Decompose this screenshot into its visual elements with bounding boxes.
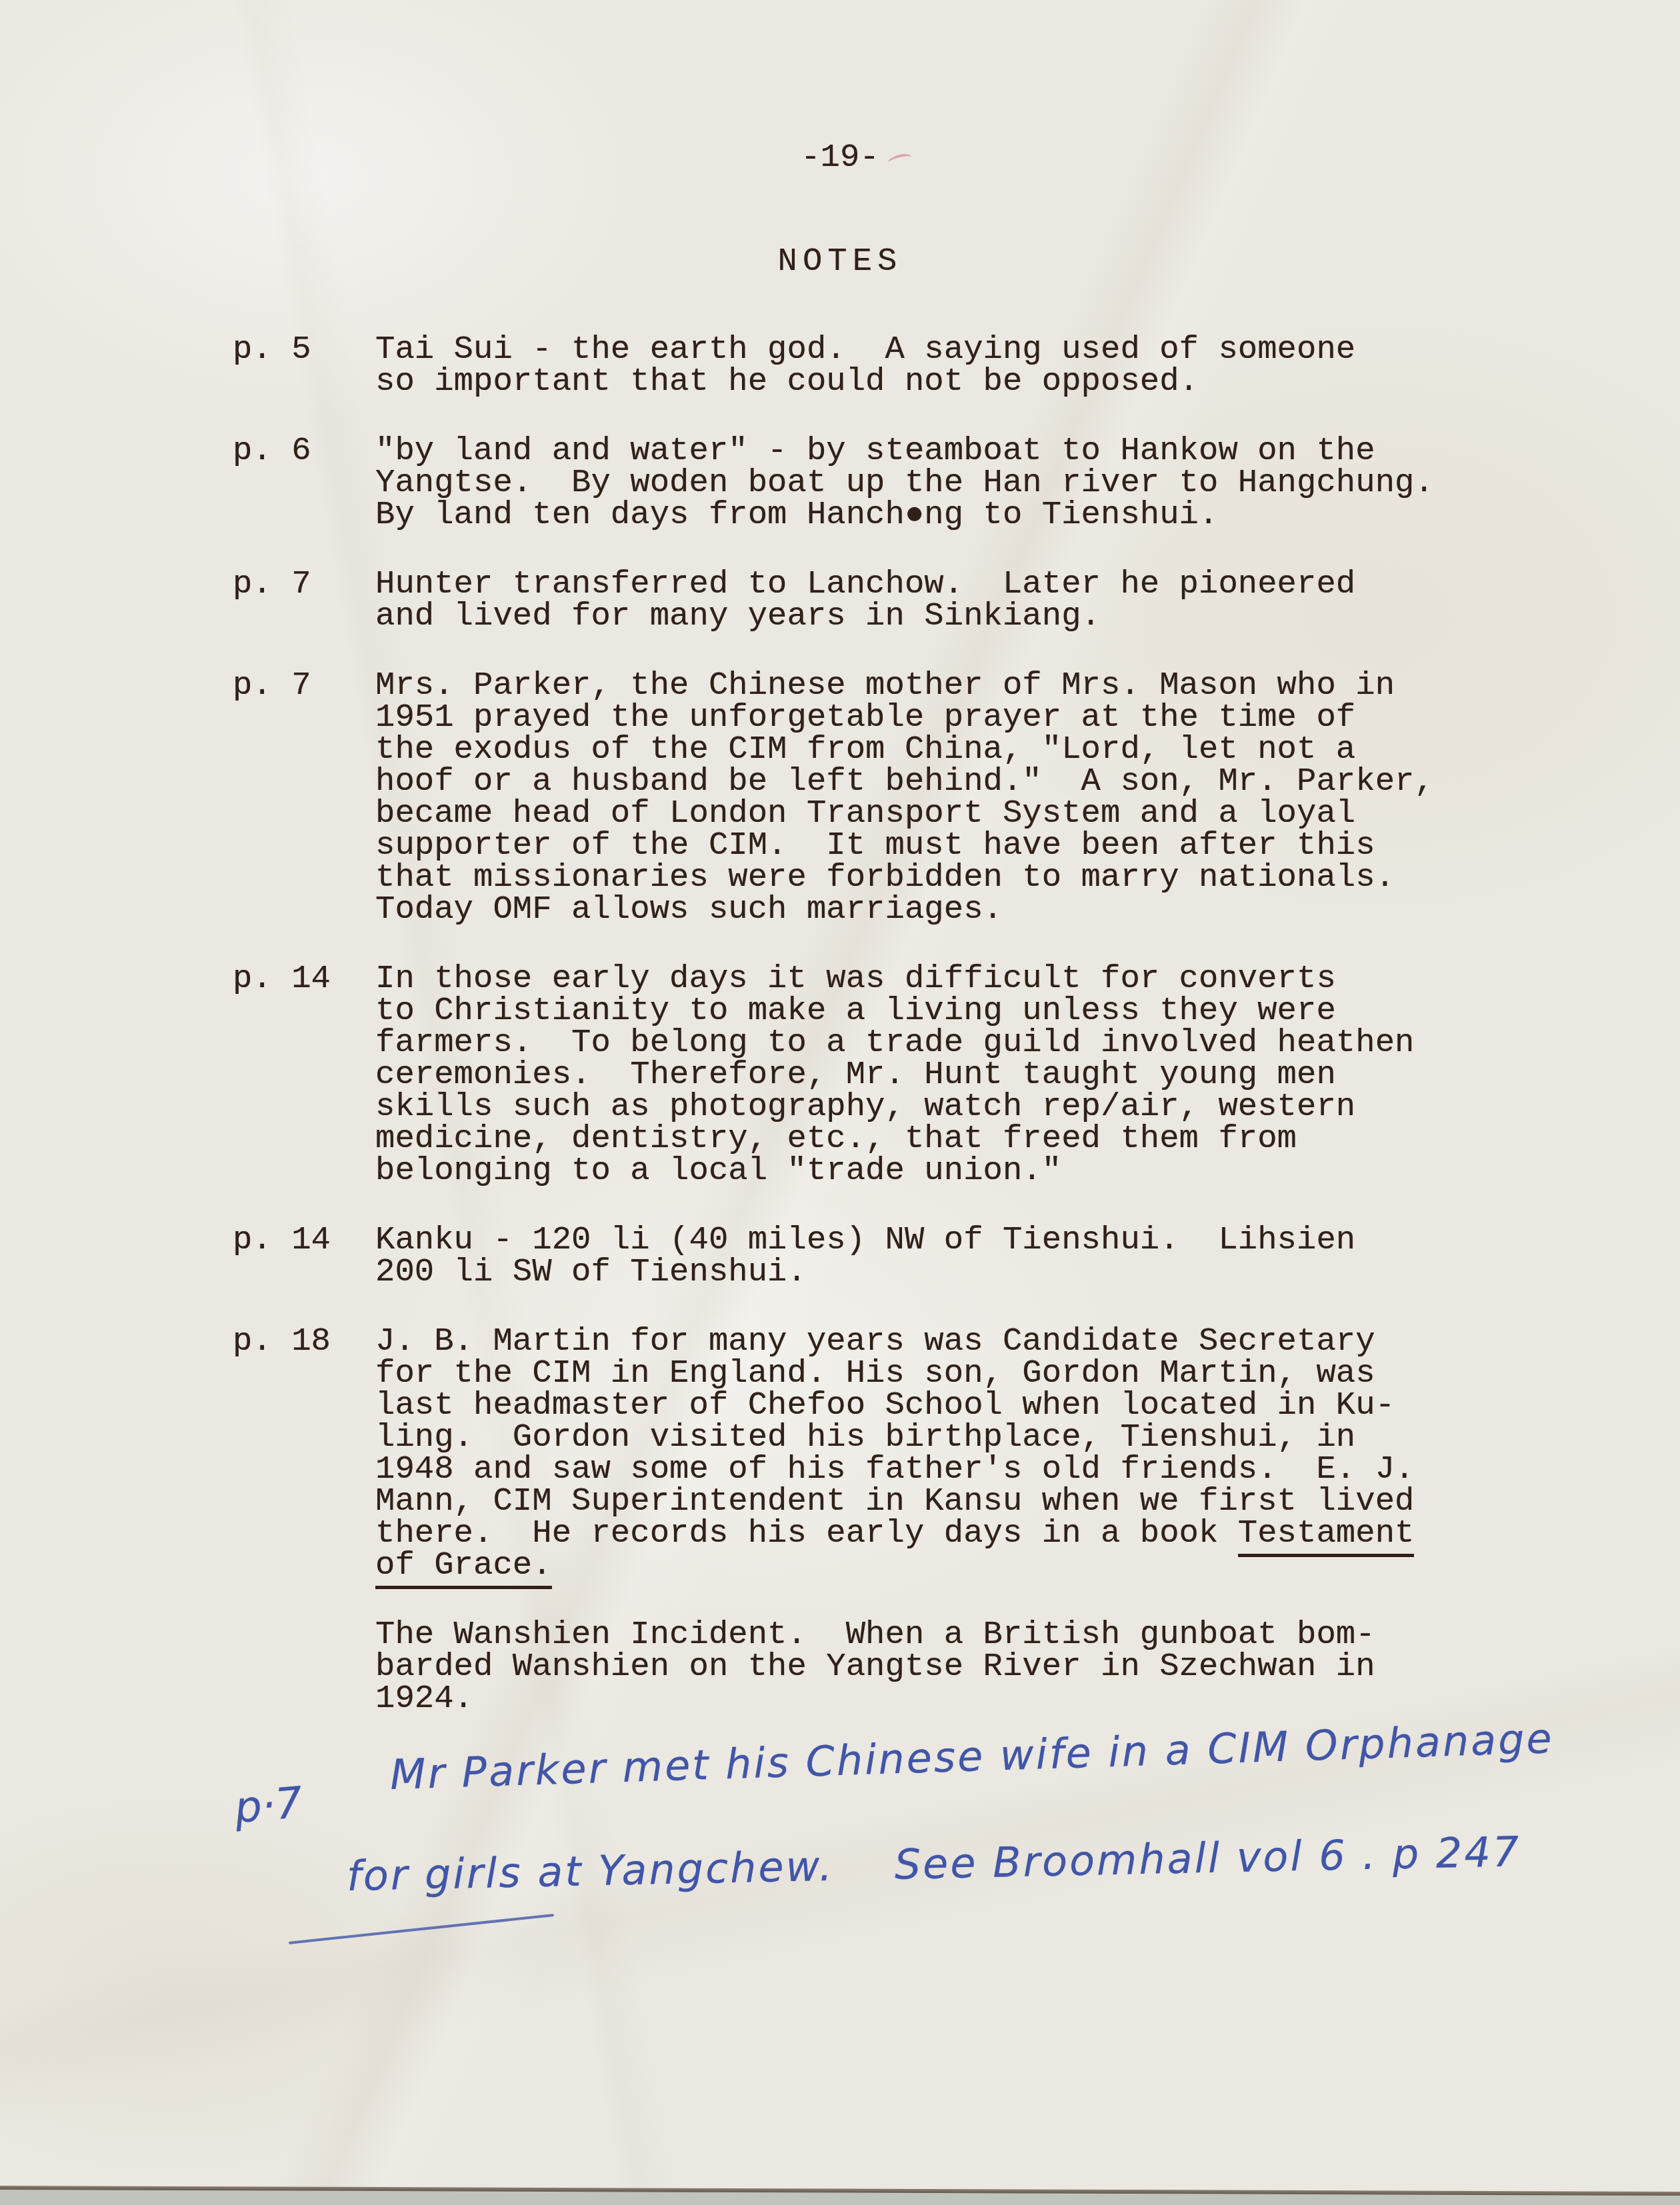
handwritten-page-ref: p·7 <box>233 1778 305 1834</box>
handwritten-line-2: for girls at Yangchew. See Broomhall vol… <box>346 1827 1521 1900</box>
page-ref: p. 7 <box>233 568 375 632</box>
note-text: Kanku - 120 li (40 miles) NW of Tienshui… <box>375 1224 1486 1288</box>
note-text: Hunter transferred to Lanchow. Later he … <box>375 568 1486 632</box>
note-entry: p. 14 Kanku - 120 li (40 miles) NW of Ti… <box>233 1224 1486 1288</box>
note-entry: p. 5 Tai Sui - the earth god. A saying u… <box>233 333 1486 397</box>
notes-list: p. 5 Tai Sui - the earth god. A saying u… <box>233 333 1486 1752</box>
note-text: J. B. Martin for many years was Candidat… <box>375 1325 1486 1581</box>
page-ref: p. 5 <box>233 333 375 397</box>
page-title: NOTES <box>0 245 1680 277</box>
note-entry: p. 6 "by land and water" - by steamboat … <box>233 435 1486 531</box>
document-page: -19- NOTES p. 5 Tai Sui - the earth god.… <box>0 0 1680 2205</box>
note-entry: p. 7 Mrs. Parker, the Chinese mother of … <box>233 669 1486 925</box>
page-number: -19- <box>0 141 1680 173</box>
underlined-book-title: Testament <box>1238 1514 1415 1557</box>
note-entry: p. 7 Hunter transferred to Lanchow. Late… <box>233 568 1486 632</box>
page-ref: p. 14 <box>233 963 375 1186</box>
page-ref: p. 14 <box>233 1224 375 1288</box>
note-entry: p. 18 J. B. Martin for many years was Ca… <box>233 1325 1486 1581</box>
note-text: Mrs. Parker, the Chinese mother of Mrs. … <box>375 669 1486 925</box>
pen-flourish-stroke <box>289 1914 554 1944</box>
page-ref: p. 7 <box>233 669 375 925</box>
note-entry: The Wanshien Incident. When a British gu… <box>233 1618 1486 1714</box>
note-text: Tai Sui - the earth god. A saying used o… <box>375 333 1486 397</box>
page-ref: p. 6 <box>233 435 375 531</box>
page-ref: p. 18 <box>233 1325 375 1581</box>
note-text: "by land and water" - by steamboat to Ha… <box>375 435 1486 531</box>
note-text: The Wanshien Incident. When a British gu… <box>375 1618 1486 1714</box>
note-entry: p. 14 In those early days it was difficu… <box>233 963 1486 1186</box>
underlined-book-title: of Grace. <box>375 1546 552 1589</box>
page-ref <box>233 1618 375 1714</box>
note-text: In those early days it was difficult for… <box>375 963 1486 1186</box>
